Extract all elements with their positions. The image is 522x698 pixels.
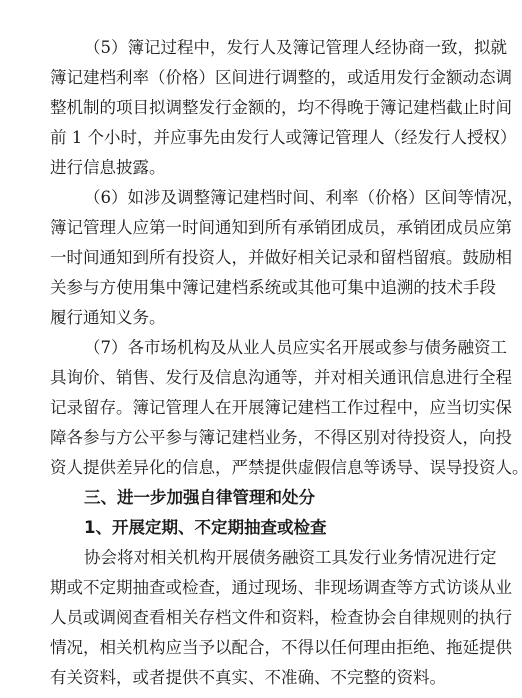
text-line: 一时间通知到所有投资人，并做好相关记录和留档留痕。鼓励相 — [50, 247, 496, 269]
text-line: （6）如涉及调整簿记建档时间、利率（价格）区间等情况， — [84, 187, 496, 209]
text-line: 整机制的项目拟调整发行金额的，均不得晚于簿记建档截止时间 — [50, 97, 496, 119]
text-line: 有关资料，或者提供不真实、不准确、不完整的资料。 — [50, 667, 496, 689]
text-line: 人员或调阅查看相关存档文件和资料，检查协会自律规则的执行 — [50, 607, 496, 629]
text-line: 关参与方使用集中簿记建档系统或其他可集中追溯的技术手段 — [50, 277, 496, 299]
text-line: （7）各市场机构及从业人员应实名开展或参与债务融资工 — [84, 337, 496, 359]
section-heading: 三、进一步加强自律管理和处分 — [84, 487, 496, 509]
text-line: 前 1 个小时，并应事先由发行人或簿记管理人（经发行人授权） — [50, 127, 496, 149]
subsection-heading: 1、开展定期、不定期抽查或检查 — [84, 517, 496, 539]
document-page: （5）簿记过程中，发行人及簿记管理人经协商一致，拟就 簿记建档利率（价格）区间进… — [0, 0, 522, 698]
text-line: 资人提供差异化的信息，严禁提供虚假信息等诱导、误导投资人。 — [50, 457, 496, 479]
text-line: 进行信息披露。 — [50, 157, 496, 179]
text-line: 障各参与方公平参与簿记建档业务，不得区别对待投资人，向投 — [50, 427, 496, 449]
text-line: 情况，相关机构应当予以配合，不得以任何理由拒绝、拖延提供 — [50, 637, 496, 659]
text-line: 簿记管理人应第一时间通知到所有承销团成员，承销团成员应第 — [50, 217, 496, 239]
text-line: 协会将对相关机构开展债务融资工具发行业务情况进行定 — [84, 547, 496, 569]
text-line: 簿记建档利率（价格）区间进行调整的，或适用发行金额动态调 — [50, 67, 496, 89]
text-line: 具询价、销售、发行及信息沟通等，并对相关通讯信息进行全程 — [50, 367, 496, 389]
text-line: 期或不定期抽查或检查，通过现场、非现场调查等方式访谈从业 — [50, 577, 496, 599]
text-line: （5）簿记过程中，发行人及簿记管理人经协商一致，拟就 — [84, 37, 496, 59]
text-line: 记录留存。簿记管理人在开展簿记建档工作过程中，应当切实保 — [50, 397, 496, 419]
text-line: 履行通知义务。 — [50, 307, 496, 329]
